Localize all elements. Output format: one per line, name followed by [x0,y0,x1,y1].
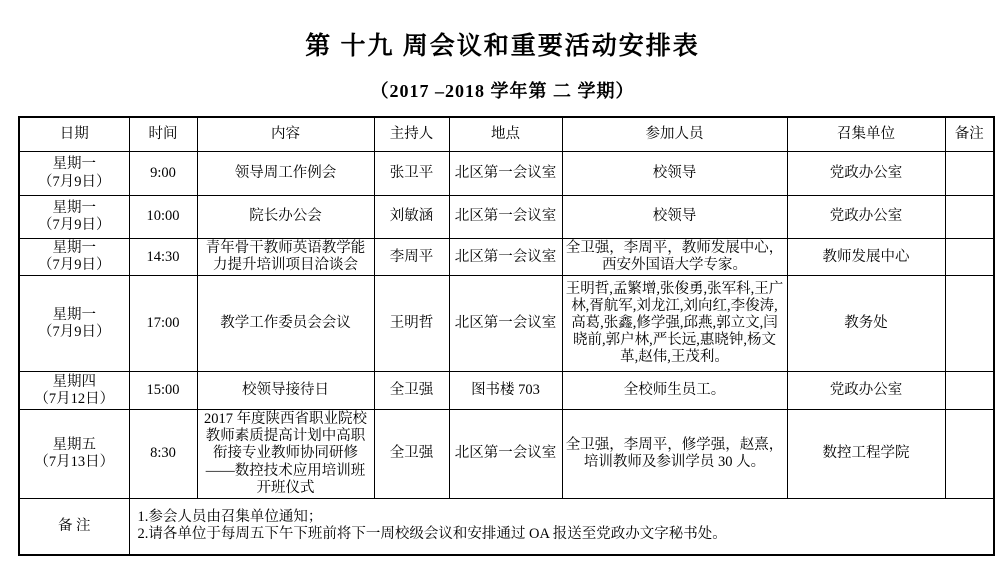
col-header-host: 主持人 [374,117,449,152]
cell-organizer: 党政办公室 [787,372,945,410]
cell-participants: 校领导 [562,152,787,196]
cell-content: 校领导接待日 [197,372,374,410]
cell-participants: 王明哲,孟繁增,张俊勇,张军科,王广林,胥航军,刘龙江,刘向红,李俊涛,高葛,张… [562,276,787,372]
cell-participants: 校领导 [562,196,787,239]
cell-organizer: 教师发展中心 [787,239,945,276]
table-row: 星期一 （7月9日） 9:00 领导周工作例会 张卫平 北区第一会议室 校领导 … [19,152,994,196]
notes-label: 备 注 [19,498,129,555]
date-weekday: 星期五 [23,437,126,454]
col-header-date: 日期 [19,117,129,152]
cell-date: 星期四 （7月12日） [19,372,129,410]
table-row: 星期五 （7月13日） 8:30 2017 年度陕西省职业院校教师素质提高计划中… [19,410,994,499]
cell-host: 全卫强 [374,372,449,410]
header-row: 日期 时间 内容 主持人 地点 参加人员 召集单位 备注 [19,117,994,152]
cell-remark [945,152,994,196]
page-subtitle: （2017 –2018 学年第 二 学期） [0,77,1005,103]
date-calendar: （7月9日） [23,257,126,274]
table-row: 星期一 （7月9日） 17:00 教学工作委员会会议 王明哲 北区第一会议室 王… [19,276,994,372]
cell-location: 北区第一会议室 [449,410,562,499]
date-weekday: 星期四 [23,374,126,391]
cell-content: 院长办公会 [197,196,374,239]
cell-time: 14:30 [129,239,197,276]
cell-remark [945,276,994,372]
cell-location: 北区第一会议室 [449,196,562,239]
cell-participants: 全卫强，李周平，修学强，赵熹，培训教师及参训学员 30 人。 [562,410,787,499]
cell-time: 17:00 [129,276,197,372]
date-weekday: 星期一 [23,156,126,173]
date-weekday: 星期一 [23,240,126,257]
cell-date: 星期一 （7月9日） [19,276,129,372]
col-header-location: 地点 [449,117,562,152]
cell-organizer: 教务处 [787,276,945,372]
cell-time: 15:00 [129,372,197,410]
cell-date: 星期一 （7月9日） [19,239,129,276]
cell-host: 张卫平 [374,152,449,196]
cell-location: 北区第一会议室 [449,152,562,196]
cell-participants: 全校师生员工。 [562,372,787,410]
col-header-organizer: 召集单位 [787,117,945,152]
page-title: 第 十九 周会议和重要活动安排表 [0,26,1005,62]
cell-host: 全卫强 [374,410,449,499]
date-calendar: （7月9日） [23,174,126,191]
notes-content: 1.参会人员由召集单位通知； 2.请各单位于每周五下午下班前将下一周校级会议和安… [129,498,994,555]
cell-host: 刘敏涵 [374,196,449,239]
col-header-remark: 备注 [945,117,994,152]
table-row: 星期一 （7月9日） 10:00 院长办公会 刘敏涵 北区第一会议室 校领导 党… [19,196,994,239]
note-line-1: 1.参会人员由召集单位通知； [138,509,991,526]
cell-location: 北区第一会议室 [449,239,562,276]
cell-location: 北区第一会议室 [449,276,562,372]
col-header-time: 时间 [129,117,197,152]
cell-organizer: 数控工程学院 [787,410,945,499]
cell-content: 领导周工作例会 [197,152,374,196]
date-calendar: （7月12日） [23,391,126,408]
cell-content: 2017 年度陕西省职业院校教师素质提高计划中高职衔接专业教师协同研修——数控技… [197,410,374,499]
cell-remark [945,372,994,410]
date-calendar: （7月13日） [23,454,126,471]
date-weekday: 星期一 [23,307,126,324]
date-weekday: 星期一 [23,200,126,217]
notes-row: 备 注 1.参会人员由召集单位通知； 2.请各单位于每周五下午下班前将下一周校级… [19,498,994,555]
cell-time: 8:30 [129,410,197,499]
cell-date: 星期五 （7月13日） [19,410,129,499]
cell-organizer: 党政办公室 [787,196,945,239]
cell-location: 图书楼 703 [449,372,562,410]
document-page: 第 十九 周会议和重要活动安排表 （2017 –2018 学年第 二 学期） 日… [0,26,1005,556]
cell-remark [945,239,994,276]
schedule-table: 日期 时间 内容 主持人 地点 参加人员 召集单位 备注 星期一 （7月9日） … [18,116,995,556]
cell-time: 9:00 [129,152,197,196]
date-calendar: （7月9日） [23,324,126,341]
cell-host: 李周平 [374,239,449,276]
cell-participants: 全卫强，李周平，教师发展中心，西安外国语大学专家。 [562,239,787,276]
cell-remark [945,410,994,499]
note-line-2: 2.请各单位于每周五下午下班前将下一周校级会议和安排通过 OA 报送至党政办文字… [138,526,991,543]
cell-date: 星期一 （7月9日） [19,152,129,196]
cell-date: 星期一 （7月9日） [19,196,129,239]
cell-time: 10:00 [129,196,197,239]
cell-content: 教学工作委员会会议 [197,276,374,372]
cell-organizer: 党政办公室 [787,152,945,196]
date-calendar: （7月9日） [23,217,126,234]
cell-host: 王明哲 [374,276,449,372]
cell-content: 青年骨干教师英语教学能力提升培训项目洽谈会 [197,239,374,276]
table-row: 星期一 （7月9日） 14:30 青年骨干教师英语教学能力提升培训项目洽谈会 李… [19,239,994,276]
col-header-content: 内容 [197,117,374,152]
table-row: 星期四 （7月12日） 15:00 校领导接待日 全卫强 图书楼 703 全校师… [19,372,994,410]
col-header-participants: 参加人员 [562,117,787,152]
cell-remark [945,196,994,239]
